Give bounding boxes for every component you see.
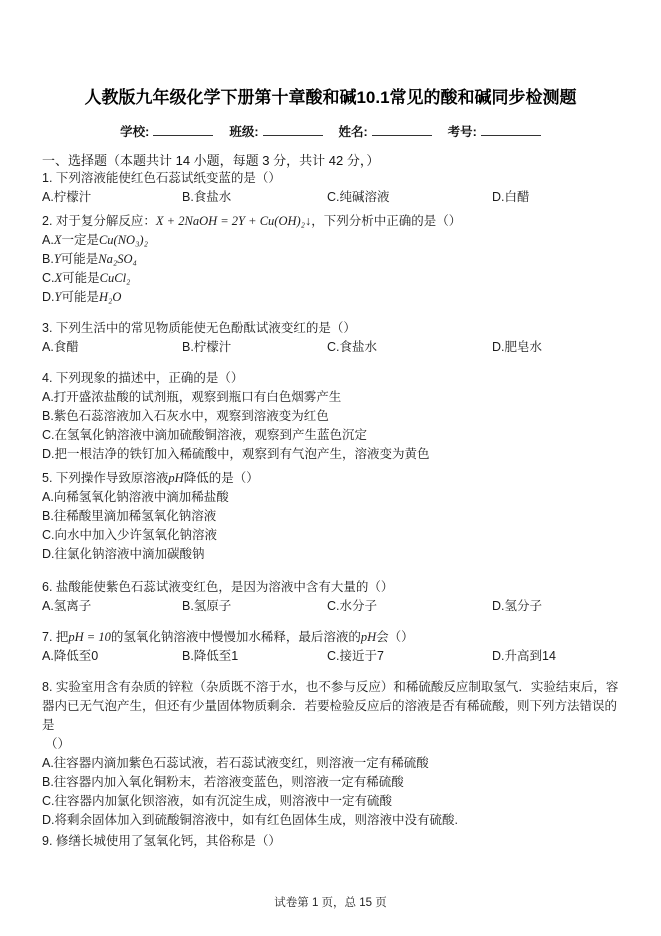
name-blank xyxy=(372,123,432,136)
question-3-option-d: D.肥皂水 xyxy=(492,338,619,357)
school-label: 学校: xyxy=(120,125,149,139)
question-1-options: A.柠檬汁 B.食盐水 C.纯碱溶液 D.白醋 xyxy=(42,188,619,207)
student-info-row: 学校: 班级: 姓名: 考号: xyxy=(42,124,619,140)
option-a-prefix: A. xyxy=(42,233,54,247)
question-7-option-b: B.降低至1 xyxy=(182,647,327,666)
section-header: 一、选择题（本题共计 14 小题，每题 3 分，共计 42 分，） xyxy=(42,152,619,169)
question-5-ph-symbol: pH xyxy=(168,471,183,485)
page-footer: 试卷第 1 页，总 15 页 xyxy=(0,894,661,910)
question-8-option-d: D.将剩余固体加入到硫酸铜溶液中，如有红色固体生成，则溶液中没有硫酸. xyxy=(42,811,619,830)
question-7-stem-mid: 的氢氧化钠溶液中慢慢加水稀释，最后溶液的 xyxy=(111,630,361,644)
question-1-stem: 1. 下列溶液能使红色石蕊试纸变蓝的是（） xyxy=(42,169,619,188)
question-5: 5. 下列操作导致原溶液pH降低的是（） A.向稀氢氧化钠溶液中滴加稀盐酸 B.… xyxy=(42,469,619,564)
question-4-option-b: B.紫色石蕊溶液加入石灰水中，观察到溶液变为红色 xyxy=(42,407,619,426)
school-blank xyxy=(153,123,213,136)
question-6-option-c: C.水分子 xyxy=(327,597,492,616)
question-5-option-a: A.向稀氢氧化钠溶液中滴加稀盐酸 xyxy=(42,488,619,507)
question-4: 4. 下列现象的描述中，正确的是（） A.打开盛浓盐酸的试剂瓶，观察到瓶口有白色… xyxy=(42,369,619,464)
question-2-equation: X + 2NaOH = 2Y + Cu(OH)₂↓ xyxy=(156,214,311,228)
question-8-option-a: A.往容器内滴加紫色石蕊试液，若石蕊试液变红，则溶液一定有稀硫酸 xyxy=(42,754,619,773)
question-7-stem-suffix: 会（） xyxy=(376,630,414,644)
question-6-stem: 6. 盐酸能使紫色石蕊试液变红色，是因为溶液中含有大量的（） xyxy=(42,578,619,597)
question-1: 1. 下列溶液能使红色石蕊试纸变蓝的是（） A.柠檬汁 B.食盐水 C.纯碱溶液… xyxy=(42,169,619,207)
question-2-stem-suffix: ，下列分析中正确的是（） xyxy=(311,214,461,228)
question-3-options: A.食醋 B.柠檬汁 C.食盐水 D.肥皂水 xyxy=(42,338,619,357)
question-3-option-a: A.食醋 xyxy=(42,338,182,357)
question-5-option-c: C.向水中加入少许氢氧化钠溶液 xyxy=(42,526,619,545)
question-2-option-c: C.X可能是CuCl₂ xyxy=(42,269,619,288)
question-8-answer-parens: （） xyxy=(42,735,619,754)
option-d-prefix: D. xyxy=(42,290,55,304)
class-blank xyxy=(263,123,323,136)
question-2-stem: 2. 对于复分解反应：X + 2NaOH = 2Y + Cu(OH)₂↓，下列分… xyxy=(42,212,619,231)
question-2-stem-text: 2. 对于复分解反应： xyxy=(42,214,156,228)
question-2-option-b: B.Y可能是Na₂SO₄ xyxy=(42,250,619,269)
question-5-stem: 5. 下列操作导致原溶液pH降低的是（） xyxy=(42,469,619,488)
question-7-option-c: C.接近于7 xyxy=(327,647,492,666)
test-paper-page: 人教版九年级化学下册第十章酸和碱10.1常见的酸和碱同步检测题 学校: 班级: … xyxy=(0,0,661,936)
option-c-variable: X xyxy=(55,271,63,285)
question-8: 8. 实验室用含有杂质的锌粒（杂质既不溶于水，也不参与反应）和稀硫酸反应制取氢气… xyxy=(42,678,619,830)
question-3-stem: 3. 下列生活中的常见物质能使无色酚酞试液变红的是（） xyxy=(42,319,619,338)
question-4-stem: 4. 下列现象的描述中，正确的是（） xyxy=(42,369,619,388)
option-d-text: 可能是 xyxy=(61,290,99,304)
exam-no-blank xyxy=(481,123,541,136)
question-3-option-b: B.柠檬汁 xyxy=(182,338,327,357)
option-a-text: 一定是 xyxy=(61,233,99,247)
question-5-option-b: B.往稀酸里滴加稀氢氧化钠溶液 xyxy=(42,507,619,526)
option-b-text: 可能是 xyxy=(61,252,99,266)
question-1-option-d: D.白醋 xyxy=(492,188,619,207)
question-1-option-a: A.柠檬汁 xyxy=(42,188,182,207)
option-c-prefix: C. xyxy=(42,271,55,285)
question-3: 3. 下列生活中的常见物质能使无色酚酞试液变红的是（） A.食醋 B.柠檬汁 C… xyxy=(42,319,619,357)
question-8-option-c: C.往容器内加氯化钡溶液，如有沉淀生成，则溶液中一定有硫酸 xyxy=(42,792,619,811)
option-b-prefix: B. xyxy=(42,252,54,266)
question-7-ph-symbol: pH xyxy=(361,630,376,644)
question-4-option-c: C.在氢氧化钠溶液中滴加硫酸铜溶液，观察到产生蓝色沉定 xyxy=(42,426,619,445)
question-1-option-c: C.纯碱溶液 xyxy=(327,188,492,207)
option-d-formula: H₂O xyxy=(99,290,121,304)
class-label: 班级: xyxy=(229,125,258,139)
page-title: 人教版九年级化学下册第十章酸和碱10.1常见的酸和碱同步检测题 xyxy=(42,88,619,108)
question-1-option-b: B.食盐水 xyxy=(182,188,327,207)
option-c-formula: CuCl₂ xyxy=(100,271,131,285)
question-7-option-a: A.降低至0 xyxy=(42,647,182,666)
question-2-option-a: A.X一定是Cu(NO₃)₂ xyxy=(42,231,619,250)
option-c-text: 可能是 xyxy=(62,271,100,285)
question-6-option-a: A.氢离子 xyxy=(42,597,182,616)
question-2: 2. 对于复分解反应：X + 2NaOH = 2Y + Cu(OH)₂↓，下列分… xyxy=(42,212,619,307)
question-3-option-c: C.食盐水 xyxy=(327,338,492,357)
question-5-stem-suffix: 降低的是（） xyxy=(184,471,259,485)
question-7-stem-text: 7. 把 xyxy=(42,630,68,644)
question-7-options: A.降低至0 B.降低至1 C.接近于7 D.升高到14 xyxy=(42,647,619,666)
question-7: 7. 把pH = 10的氢氧化钠溶液中慢慢加水稀释，最后溶液的pH会（） A.降… xyxy=(42,628,619,666)
question-5-option-d: D.往氯化钠溶液中滴加碳酸钠 xyxy=(42,545,619,564)
option-a-formula: Cu(NO₃)₂ xyxy=(99,233,148,247)
question-6-options: A.氢离子 B.氢原子 C.水分子 D.氢分子 xyxy=(42,597,619,616)
name-label: 姓名: xyxy=(339,125,368,139)
question-5-stem-text: 5. 下列操作导致原溶液 xyxy=(42,471,168,485)
name-field: 姓名: xyxy=(339,122,432,140)
question-8-stem: 8. 实验室用含有杂质的锌粒（杂质既不溶于水，也不参与反应）和稀硫酸反应制取氢气… xyxy=(42,678,619,735)
question-6: 6. 盐酸能使紫色石蕊试液变红色，是因为溶液中含有大量的（） A.氢离子 B.氢… xyxy=(42,578,619,616)
question-7-stem: 7. 把pH = 10的氢氧化钠溶液中慢慢加水稀释，最后溶液的pH会（） xyxy=(42,628,619,647)
question-6-option-d: D.氢分子 xyxy=(492,597,619,616)
exam-no-field: 考号: xyxy=(448,122,541,140)
school-field: 学校: xyxy=(120,122,213,140)
question-4-option-d: D.把一根洁净的铁钉加入稀硫酸中，观察到有气泡产生，溶液变为黄色 xyxy=(42,445,619,464)
question-2-option-d: D.Y可能是H₂O xyxy=(42,288,619,307)
question-8-option-b: B.往容器内加入氧化铜粉末，若溶液变蓝色，则溶液一定有稀硫酸 xyxy=(42,773,619,792)
class-field: 班级: xyxy=(229,122,322,140)
option-b-formula: Na₂SO₄ xyxy=(98,252,137,266)
exam-no-label: 考号: xyxy=(448,125,477,139)
question-9: 9. 修缮长城使用了氢氧化钙，其俗称是（） xyxy=(42,832,619,851)
question-9-stem: 9. 修缮长城使用了氢氧化钙，其俗称是（） xyxy=(42,832,619,851)
question-7-option-d: D.升高到14 xyxy=(492,647,619,666)
question-7-ph-value: pH = 10 xyxy=(68,630,110,644)
option-b-variable: Y xyxy=(54,252,61,266)
question-4-option-a: A.打开盛浓盐酸的试剂瓶，观察到瓶口有白色烟雾产生 xyxy=(42,388,619,407)
question-6-option-b: B.氢原子 xyxy=(182,597,327,616)
